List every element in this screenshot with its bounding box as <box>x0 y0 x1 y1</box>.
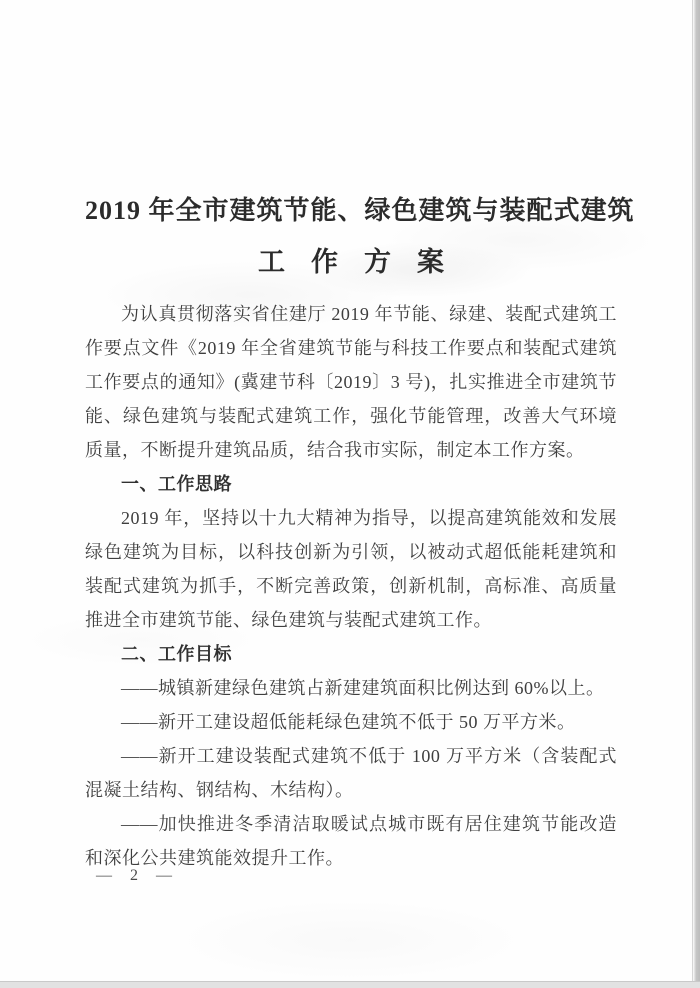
document-body: 为认真贯彻落实省住建厅 2019 年节能、绿建、装配式建筑工作要点文件《2019… <box>85 297 617 875</box>
scan-edge-right <box>692 0 700 988</box>
section-heading-work-goals: 二、工作目标 <box>85 637 617 671</box>
goal-item-green-building-ratio: ——城镇新建绿色建筑占新建建筑面积比例达到 60%以上。 <box>85 671 617 705</box>
goal-item-prefabricated-building: ——新开工建设装配式建筑不低于 100 万平方米（含装配式混凝土结构、钢结构、木… <box>85 739 617 807</box>
goal-item-heating-retrofit: ——加快推进冬季清洁取暖试点城市既有居住建筑节能改造和深化公共建筑能效提升工作。 <box>85 807 617 875</box>
document-title-line-2: 工作方案 <box>85 243 617 281</box>
section-heading-work-approach: 一、工作思路 <box>85 467 617 501</box>
scanned-document-page: 2019 年全市建筑节能、绿色建筑与装配式建筑 工作方案 为认真贯彻落实省住建厅… <box>0 0 700 988</box>
scan-edge-bottom <box>0 981 700 988</box>
goal-item-ultra-low-energy: ——新开工建设超低能耗绿色建筑不低于 50 万平方米。 <box>85 705 617 739</box>
page-number: — 2 — <box>96 866 174 886</box>
work-approach-paragraph: 2019 年，坚持以十九大精神为指导，以提高建筑能效和发展绿色建筑为目标，以科技… <box>85 501 617 637</box>
document-title-line-1: 2019 年全市建筑节能、绿色建筑与装配式建筑 <box>85 193 617 229</box>
opening-paragraph: 为认真贯彻落实省住建厅 2019 年节能、绿建、装配式建筑工作要点文件《2019… <box>85 297 617 467</box>
